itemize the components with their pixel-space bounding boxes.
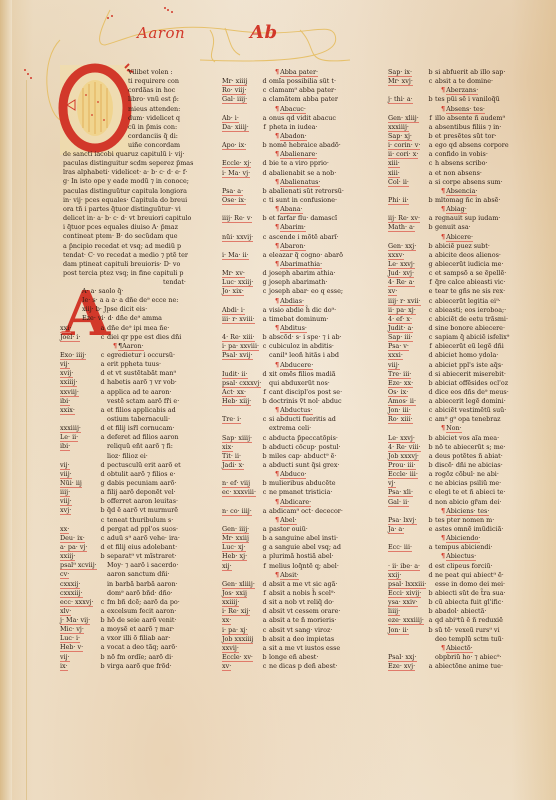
section-letter: c xyxy=(426,306,435,315)
entry-text: pergat ad ppl'os suos· xyxy=(107,525,230,534)
entry-text: ¶Abel· xyxy=(269,516,394,525)
entry-text: astes omnẽ imũdiciã· xyxy=(435,525,556,534)
reference-text: Eccle· iii· xyxy=(388,470,418,479)
bible-reference: iiij· r· xvii· xyxy=(388,297,426,306)
bible-reference: Jadi· x· xyxy=(222,461,260,470)
section-letter: g xyxy=(98,479,107,488)
entry-text: h absens scribo· xyxy=(435,159,556,168)
entry-text: abiecerũt iudicia me· xyxy=(435,260,556,269)
reference-text: ii· pa· xj· xyxy=(388,306,416,315)
entry-text: abducta p̃peccatõpis· xyxy=(269,434,394,443)
bible-reference: Math· a· xyxy=(388,223,426,232)
rubric-heading: ¶Abiag· xyxy=(388,205,556,214)
concordance-entry: Gal· ii·dnon abicio gr̃am dei· xyxy=(388,498,556,507)
entry-text: A· a· saolo q̃· xyxy=(82,287,230,296)
reference-text: Phi· ii· xyxy=(388,196,409,205)
concordance-entry: psal· cxxxvj·qui abduxerũt nos· xyxy=(222,379,394,388)
reference-text: Os· ix· xyxy=(388,388,408,397)
concordance-entry: Eze· xx·babiciat offẽsides ocl'oz xyxy=(388,379,556,388)
section-letter xyxy=(98,397,107,406)
section-letter: b xyxy=(260,452,269,461)
section-letter: c xyxy=(98,516,107,525)
entry-text: deus potẽtes ñ abiat· xyxy=(435,452,556,461)
entry-text: qd abi⁹tũ ẽ ñ reduxiẽ xyxy=(435,616,556,625)
section-letter: b xyxy=(260,635,269,644)
intro-line: tendat· C· vo recedat a medio ⁊ ptẽ ter xyxy=(63,251,193,260)
reference-text: Jos· xxij xyxy=(222,589,247,598)
entry-text: et farfar flu· damascĩ xyxy=(269,214,394,223)
section-letter: b xyxy=(426,461,435,470)
bible-reference xyxy=(222,68,260,77)
section-letter: a xyxy=(426,662,435,671)
reference-text: xxix· xyxy=(60,406,75,415)
entry-text: abiecerit legẽ domini· xyxy=(435,397,556,406)
section-letter xyxy=(260,105,269,114)
entry-text: absit a te ñ morieris· xyxy=(269,616,394,625)
section-letter: c xyxy=(260,86,269,95)
entry-text: vxor illi õ filiab aar· xyxy=(107,634,230,643)
bible-reference: n· co· iiij· xyxy=(222,507,260,516)
bible-reference: i· corin· v· xyxy=(388,141,426,150)
entry-text: nomẽ hebraice abadõ· xyxy=(269,141,394,150)
bible-reference xyxy=(222,424,260,433)
entry-text: longe eñ abest· xyxy=(269,653,394,662)
concordance-entry: Sap· iii·csapiam q̃ abiciẽ isfelix⁹ xyxy=(388,333,556,342)
section-letter xyxy=(260,178,269,187)
entry-text: abiciat offẽsides ocl'oz xyxy=(435,379,556,388)
concordance-entry: Sap· ix·bsi abfuerit ab illo sap· xyxy=(388,68,556,77)
bible-reference: Jon· iii· xyxy=(388,406,426,415)
section-letter: b xyxy=(98,616,107,625)
entry-text: ¶Abadon· xyxy=(269,132,394,141)
bible-reference xyxy=(388,507,426,516)
reference-text: Abdi· i· xyxy=(222,306,245,315)
section-letter: a xyxy=(98,488,107,497)
section-letter: c xyxy=(426,159,435,168)
bible-reference xyxy=(60,342,98,351)
entry-text: bie te a viro pprio· xyxy=(269,159,394,168)
section-letter: a xyxy=(426,141,435,150)
concordance-entry: viij·dobtulit aarõ ⁊ filios e· xyxy=(60,470,230,479)
pilcrow-icon: ¶ xyxy=(275,178,279,186)
pilcrow-icon: ¶ xyxy=(275,150,279,158)
reference-text: xxiiij· xyxy=(222,598,239,607)
entry-text: absit a deo impietas xyxy=(269,635,394,644)
intro-line: paculas distinguitur scdm seperez p̄mas xyxy=(63,159,193,168)
bible-reference: i· Ma· vj· xyxy=(222,169,260,178)
entry-text: plurimã hostiã abel· xyxy=(269,552,394,561)
entry-text: virga aarõ que frõd· xyxy=(107,662,230,671)
rubric-heading: ¶Abducere· xyxy=(222,361,394,370)
bible-reference: Ro· viij· xyxy=(222,86,260,95)
concordance-entry: Eccle· xv·blonge eñ abest· xyxy=(222,653,394,662)
bible-reference: Jo· xix· xyxy=(222,287,260,296)
reference-text: Gal· iiij· xyxy=(222,95,247,104)
bible-reference: Judit· a· xyxy=(388,324,426,333)
bible-reference: Tre· i· xyxy=(222,415,260,424)
entry-text: egredietur i occursũ· xyxy=(107,351,230,360)
bible-reference: Heb· xj· xyxy=(222,552,260,561)
bible-reference: Amos· ii· xyxy=(388,397,426,406)
column-right: Sap· ix·bsi abfuerit ab illo sap·Mr· xvj… xyxy=(388,68,556,671)
entry-text: cubiculoz in abditis· xyxy=(269,342,394,351)
entry-text: ne pmanet tristicia· xyxy=(269,488,394,497)
concordance-entry: xxvij·asit a me vt iustos esse xyxy=(222,644,394,653)
concordance-entry: Col· ii·asi corpe absens sum· xyxy=(388,178,556,187)
section-letter: d xyxy=(260,159,269,168)
bible-reference xyxy=(222,205,260,214)
bible-reference: xxiiij· xyxy=(222,598,260,607)
bible-reference: Eccle· iii· xyxy=(388,470,426,479)
concordance-entry: ostium tabernaculi· xyxy=(60,415,230,424)
section-letter: d xyxy=(260,370,269,379)
bible-reference: ii· pa· xj· xyxy=(388,306,426,315)
reference-text: i· Re· xij· xyxy=(222,607,250,616)
bible-reference xyxy=(60,452,98,461)
bible-reference: Jud· xvj· xyxy=(388,269,426,278)
reference-text: Col· ii· xyxy=(388,178,409,187)
concordance-entry: Eccle· iii·arogõz cõbul· ne abi· xyxy=(388,470,556,479)
section-letter xyxy=(426,552,435,561)
pilcrow-icon: ¶ xyxy=(275,324,279,332)
section-letter: b xyxy=(426,95,435,104)
entry-text: xit omẽs filios madiã xyxy=(269,370,394,379)
section-letter: d xyxy=(98,525,107,534)
section-letter: a xyxy=(426,251,435,260)
bible-reference: iiij· Re· v· xyxy=(222,214,260,223)
entry-text: ¶Abdicare· xyxy=(269,498,394,507)
section-letter xyxy=(260,297,269,306)
entry-text: offerret aaron leuitas· xyxy=(107,497,230,506)
bible-reference: xx· xyxy=(222,616,260,625)
bible-reference: n· ef· viij xyxy=(222,479,260,488)
concordance-entry: xv·etear te gñs ne sis rex· xyxy=(388,287,556,296)
running-header-ab: Ab xyxy=(250,22,278,43)
entry-text: si corpe absens sum· xyxy=(435,178,556,187)
concordance-entry: Luc· xj·ga sanguie abel vsq; ad xyxy=(222,543,394,552)
bible-reference: Eze· xx· xyxy=(388,379,426,388)
reference-text: n· ef· viij xyxy=(222,479,250,488)
concordance-entry: Joel· i·cdiei qr ppe est dies dñi xyxy=(60,333,230,342)
reference-text: Psa· v· xyxy=(388,342,409,351)
intro-line: contineat ptem· B· do secũdam que xyxy=(63,232,193,241)
entry-text: abiecerũt eũ legẽ dñi xyxy=(435,342,556,351)
bible-reference: Le· xxvj· xyxy=(388,434,426,443)
section-letter: d xyxy=(98,424,107,433)
concordance-entry: Jadi· x·aabducti sunt q̃si grex· xyxy=(222,461,394,470)
concordance-entry: Eze· xvj·aabiectõne anime tue· xyxy=(388,662,556,671)
entry-text: excelsum fecit aaron· xyxy=(107,607,230,616)
entry-text: ¶Absencia· xyxy=(435,187,556,196)
reference-text: Judit· a· xyxy=(388,324,413,333)
reference-text: vij· xyxy=(60,653,70,662)
section-letter xyxy=(260,470,269,479)
entry-text: melius loq̃ntẽ q; abel· xyxy=(269,562,394,571)
entry-text: tear te gñs ne sis rex· xyxy=(435,287,556,296)
reference-text: Sap· xiiij· xyxy=(222,434,252,443)
concordance-entry: vij·bnõ fm ordĩe; aarõ di· xyxy=(60,653,230,662)
concordance-entry: cv·aaron sanctum dñi· xyxy=(60,570,230,579)
section-letter xyxy=(260,361,269,370)
section-letter: d xyxy=(98,470,107,479)
intro-line: libro· vnũ est p̄: xyxy=(128,95,180,104)
entry-text: et filij isr̃l cornucam· xyxy=(107,424,230,433)
section-letter: b xyxy=(98,653,107,662)
reference-text: j· thi· a· xyxy=(388,95,413,104)
bible-reference xyxy=(222,498,260,507)
section-letter: g xyxy=(426,260,435,269)
reference-text: Psal· xxj· xyxy=(388,653,417,662)
reference-text: xx· xyxy=(222,616,231,625)
bible-reference: vj· xyxy=(388,479,426,488)
rubric-heading: ¶Abiciens· tes· xyxy=(388,507,556,516)
entry-text: ¶Abiectõ· xyxy=(435,644,556,653)
section-letter: c xyxy=(260,662,269,671)
bible-reference: Psa· v· xyxy=(388,342,426,351)
intro-line: Vilibet volen : xyxy=(128,68,180,77)
section-letter xyxy=(426,580,435,589)
pilcrow-icon: ¶ xyxy=(441,233,445,241)
concordance-entry: Exo· iiij·cegredietur i occursũ· xyxy=(60,351,230,360)
concordance-entry: ibi·vestẽ sctam aarõ fr̃i e· xyxy=(60,397,230,406)
concordance-entry: Tre· i·csi abducti fueritis ad xyxy=(222,415,394,424)
pilcrow-icon: ¶ xyxy=(275,571,279,579)
entry-text: nõ fm ordĩe; aarõ di· xyxy=(107,653,230,662)
concordance-entry: Gen· xliiij·dabsit a me vt sic agã· xyxy=(222,580,394,589)
section-letter xyxy=(260,132,269,141)
pilcrow-icon: ¶ xyxy=(441,205,445,213)
reference-text: vij· xyxy=(60,461,70,470)
concordance-entry: iiij· r· xvii·cabiecerũt legitia ei⁹· xyxy=(388,297,556,306)
section-letter: a xyxy=(260,525,269,534)
section-letter xyxy=(260,324,269,333)
section-letter: a xyxy=(98,324,107,333)
reference-text: ibi· xyxy=(60,442,70,451)
section-letter: a xyxy=(426,452,435,461)
section-letter: a xyxy=(98,634,107,643)
section-letter: a xyxy=(260,114,269,123)
entry-text: si abducti fueritis ad xyxy=(269,415,394,424)
entry-text: habetis aarõ ⁊ vr vob· xyxy=(107,378,230,387)
rubric-heading: ¶Abarim· xyxy=(222,223,394,232)
entry-text: pheta in iudea· xyxy=(269,123,394,132)
reference-text: Ecc· iii· xyxy=(388,543,412,552)
reference-text: Da· xiiij· xyxy=(222,123,249,132)
reference-text: Heb· xiij· xyxy=(222,397,251,406)
bible-reference: i· pa· xxviii· xyxy=(222,342,260,351)
reference-text: xxiiij· xyxy=(60,378,77,387)
bible-reference: Psal· xxj· xyxy=(388,653,426,662)
bible-reference: ec· xxxviii· xyxy=(222,488,260,497)
bible-reference: viij· xyxy=(60,497,98,506)
section-letter: f xyxy=(260,388,269,397)
entry-text: genuit asa· xyxy=(435,223,556,232)
section-letter: d xyxy=(260,77,269,86)
reference-text: Gal· ii· xyxy=(388,498,409,507)
bible-reference: Ose· ix· xyxy=(222,196,260,205)
concordance-entry: xiii·ch absens scribo· xyxy=(388,159,556,168)
section-letter xyxy=(426,635,435,644)
column-middle: ¶Abba pater·Mr· xiiijdomĩa possibilia sũ… xyxy=(222,68,394,671)
reference-text: a· pa· vj· xyxy=(60,543,87,552)
concordance-entry: xx·aabsit a te ñ morieris· xyxy=(222,616,394,625)
reference-text: Mr· xv· xyxy=(222,269,245,278)
entry-text: lioz· filioz ei· xyxy=(107,452,230,461)
section-letter: f xyxy=(426,114,435,123)
entry-text: abiciẽt de eetu trãsmi· xyxy=(435,315,556,324)
concordance-entry: i· Ma· vj·dabalienabit se a nob· xyxy=(222,169,394,178)
concordance-entry: i· corin· v·aego qd absens corpore xyxy=(388,141,556,150)
reference-text: n· co· iiij· xyxy=(222,507,252,516)
reference-text: Amos· ii· xyxy=(388,397,416,406)
concordance-entry: iiij· Re· v·bet farfar flu· damascĩ xyxy=(222,214,394,223)
reference-text: psal⁹ xcviij· xyxy=(60,561,97,570)
rubric-heading: ¶Abiciendo· xyxy=(388,534,556,543)
intro-line: lras alphabeti· videlicet· a· b· c· d· e… xyxy=(63,168,193,177)
concordance-entry: Da· xiiij·fpheta in iudea· xyxy=(222,123,394,132)
section-letter: a xyxy=(426,214,435,223)
concordance-entry: xiij· b· Jpse dicit eis· xyxy=(60,305,230,314)
bible-reference: xiii· xyxy=(388,169,426,178)
entry-text: pastor ouiũ· xyxy=(269,525,394,534)
entry-text: ¶Abducere· xyxy=(269,361,394,370)
entry-text: aaron sanctum dñi· xyxy=(107,570,230,579)
reference-text: 4· Re· a· xyxy=(388,278,415,287)
concordance-entry: Le· ii·adeferet ad filios aaron xyxy=(60,433,230,442)
concordance-entry: vij·dpectusculũ erit aarõ et xyxy=(60,461,230,470)
entry-text: in barbã barbã aaron· xyxy=(107,580,230,589)
reference-text: Psa· a· xyxy=(222,187,243,196)
entry-text: onus qd vidit abacuc xyxy=(269,114,394,123)
entry-text: q̃re calce abieasti vic· xyxy=(435,278,556,287)
bible-reference: Gen· xliiij· xyxy=(222,580,260,589)
reference-text: Eccle· xv· xyxy=(222,653,253,662)
concordance-entry: xxiij·bseparat⁹ vt mĩstraret· xyxy=(60,552,230,561)
reference-text: iij· Re· xv· xyxy=(388,214,420,223)
pilcrow-icon: ¶ xyxy=(275,68,279,76)
bible-reference: iiij· xyxy=(60,488,98,497)
section-letter: b xyxy=(426,68,435,77)
reference-text: Tre· i· xyxy=(222,415,241,424)
intro-line: a p̄ncipio recedat et vsq; ad mediũ p xyxy=(63,242,193,251)
column-left: A· a· saolo q̃·Ie· s· a a a· a dñe de⁹ e… xyxy=(60,287,230,671)
reference-text: psal· cxxxvj· xyxy=(222,379,261,388)
entry-text: ne dicas p deñ abest· xyxy=(269,662,394,671)
reference-text: Le· xxvj· xyxy=(388,434,415,443)
entry-text: tes pter nomen m· xyxy=(435,516,556,525)
section-letter: d xyxy=(260,607,269,616)
section-letter xyxy=(98,342,107,351)
bible-reference: Mic· vj· xyxy=(60,625,98,634)
section-letter xyxy=(98,452,107,461)
section-letter: a xyxy=(426,616,435,625)
rubric-heading: ¶Abductus· xyxy=(222,406,394,415)
reference-text: 4· Re· xiii· xyxy=(222,333,255,342)
section-letter xyxy=(260,379,269,388)
entry-text: vocat a deo tãq; aarõ· xyxy=(107,643,230,652)
reference-text: Iudit· ii· xyxy=(222,370,248,379)
bible-reference: Iudit· ii· xyxy=(222,370,260,379)
reference-text: xij· xyxy=(222,562,232,571)
concordance-entry: Ro· viij·cclamam⁹ abba pater· xyxy=(222,86,394,95)
reference-text: Nũi· iij xyxy=(60,479,82,488)
section-letter: b xyxy=(260,333,269,342)
pilcrow-icon: ¶ xyxy=(275,132,279,140)
pilcrow-icon: ¶ xyxy=(275,361,279,369)
section-letter: c xyxy=(426,406,435,415)
section-letter: a xyxy=(260,315,269,324)
bible-reference: Jos· xxij xyxy=(222,589,260,598)
intro-line: paculas distinguũtur capitula longiora xyxy=(63,187,193,196)
entry-text: Moy· ⁊ aarõ i sacerdo· xyxy=(107,561,230,570)
intro-line: cordanciis q̃ di: xyxy=(128,132,180,141)
concordance-entry: cxxxij·in barbã barbã aaron· xyxy=(60,580,230,589)
bible-reference xyxy=(222,178,260,187)
entry-text: teneat thuribulum s· xyxy=(107,516,230,525)
pilcrow-icon: ¶ xyxy=(113,342,117,350)
section-letter: c xyxy=(260,287,269,296)
concordance-entry: psal⁹ xcviij·Moy· ⁊ aarõ i sacerdo· xyxy=(60,561,230,570)
section-letter: b xyxy=(426,223,435,232)
concordance-entry: Eccle· xj·dbie te a viro pprio· xyxy=(222,159,394,168)
pilcrow-icon: ¶ xyxy=(441,507,445,515)
concordance-entry: Le· xxvj·gabiecerũt iudicia me· xyxy=(388,260,556,269)
section-letter: a xyxy=(426,397,435,406)
bible-reference: cxxxij· xyxy=(60,580,98,589)
bible-reference xyxy=(388,233,426,242)
bible-reference: viij· xyxy=(388,361,426,370)
entry-text: ¶Abarim· xyxy=(269,223,394,232)
entry-text: ostium tabernaculi· xyxy=(107,415,230,424)
reference-text: xxi· xyxy=(60,324,71,333)
entry-text: et presẽtes sũt tor· xyxy=(435,132,556,141)
entry-text: et non absens· xyxy=(435,169,556,178)
reference-text: xx· xyxy=(60,525,69,534)
bible-reference: Gal· ii· xyxy=(388,498,426,507)
entry-text: ¶Abaron· xyxy=(269,242,394,251)
concordance-entry: deo templũ sctm tuũ· xyxy=(388,635,556,644)
entry-text: ¶Abalienatus· xyxy=(269,178,394,187)
section-letter xyxy=(260,498,269,507)
reference-text: Luc· xj· xyxy=(222,543,246,552)
concordance-entry: ibi·reliquũ eñt aarõ ⁊ fi: xyxy=(60,442,230,451)
section-letter: d xyxy=(260,269,269,278)
entry-text: moysẽ et aarõ ⁊ mar· xyxy=(107,625,230,634)
entry-text: ¶Abalienare· xyxy=(269,150,394,159)
reference-text: xxij· xyxy=(388,571,401,580)
bible-reference xyxy=(388,644,426,653)
reference-text: Exo· iiij· xyxy=(60,351,86,360)
bible-reference: xxxiiij· xyxy=(60,424,98,433)
entry-text: ¶Abacuc· xyxy=(269,105,394,114)
section-letter: a xyxy=(98,433,107,442)
concordance-entry: 4· Re· a·fq̃re calce abieasti vic· xyxy=(388,278,556,287)
concordance-entry: xxi·adñe de⁹ ipi mea ñe· xyxy=(60,324,230,333)
reference-text: Luc· i· xyxy=(60,634,80,643)
entry-text: eleazar q̃ cogno· abarõ xyxy=(269,251,394,260)
concordance-entry: liiij·babadol· abiectã· xyxy=(388,607,556,616)
pilcrow-icon: ¶ xyxy=(275,242,279,250)
concordance-entry: Gal· iiij·aclamãtem abba pater xyxy=(222,95,394,104)
concordance-entry: · ii· ibe· a·dest clipeus forciũ· xyxy=(388,562,556,571)
bible-reference: Mr· xiiij xyxy=(222,77,260,86)
reference-text: Heb· v· xyxy=(60,643,83,652)
entry-text: non abicio gr̃am dei· xyxy=(435,498,556,507)
pilcrow-icon: ¶ xyxy=(441,105,445,113)
entry-text: clamam⁹ abba pater· xyxy=(269,86,394,95)
bible-reference: j· Ma· vij· xyxy=(60,616,98,625)
intro-paragraph: de sancti iacobi quaruz capitulũ i· vij·… xyxy=(63,150,193,287)
